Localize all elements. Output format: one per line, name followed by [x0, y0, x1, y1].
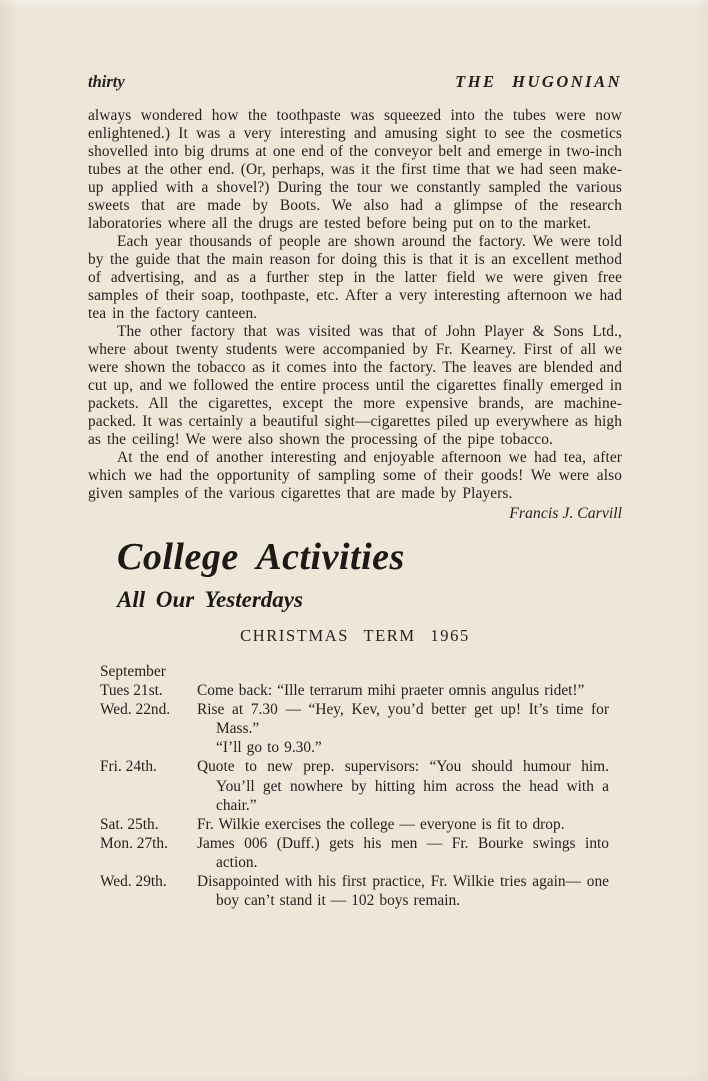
article-paragraph-4: At the end of another interesting and en… [88, 449, 622, 503]
article-paragraph-1: always wondered how the toothpaste was s… [88, 107, 622, 233]
diary-entry: Wed. 22nd. Rise at 7.30 — “Hey, Kev, you… [100, 700, 622, 757]
diary-entry-text: Rise at 7.30 — “Hey, Kev, you’d better g… [197, 700, 609, 757]
diary-entry-text: Come back: “Ille terrarum mihi praeter o… [197, 681, 609, 700]
diary-entry-date: Sat. 25th. [100, 815, 197, 834]
diary-entry-line: Fr. Wilkie exercises the college — every… [197, 815, 609, 834]
section-title: College Activities [117, 536, 622, 578]
diary-entry-date: Wed. 29th. [100, 872, 197, 891]
author-byline: Francis J. Carvill [88, 504, 622, 523]
diary-entry: Tues 21st. Come back: “Ille terrarum mih… [100, 681, 622, 700]
diary-entry-line: Come back: “Ille terrarum mihi praeter o… [197, 681, 609, 700]
journal-title: THE HUGONIAN [455, 72, 622, 92]
diary-entry-line: James 006 (Duff.) gets his men — Fr. Bou… [197, 834, 609, 872]
diary-entry: Fri. 24th. Quote to new prep. supervisor… [100, 757, 622, 814]
diary-entry-date: Fri. 24th. [100, 757, 197, 776]
article-body: always wondered how the toothpaste was s… [88, 107, 622, 523]
page-number-folio: thirty [88, 72, 125, 92]
diary-entry-text: James 006 (Duff.) gets his men — Fr. Bou… [197, 834, 609, 872]
diary-month: September [100, 662, 622, 681]
diary-entry-reply-line: “I’ll go to 9.30.” [197, 738, 609, 757]
section-subtitle: All Our Yesterdays [117, 587, 622, 613]
diary-entry: Mon. 27th. James 006 (Duff.) gets his me… [100, 834, 622, 872]
diary-entry-line: Disappointed with his first practice, Fr… [197, 872, 609, 910]
article-paragraph-2: Each year thousands of people are shown … [88, 233, 622, 323]
diary-entry-text: Quote to new prep. supervisors: “You sho… [197, 757, 609, 814]
diary-entry: Sat. 25th. Fr. Wilkie exercises the coll… [100, 815, 622, 834]
term-heading: CHRISTMAS TERM 1965 [88, 626, 622, 646]
diary-entry-date: Mon. 27th. [100, 834, 197, 853]
diary-entry-line: Rise at 7.30 — “Hey, Kev, you’d better g… [197, 700, 609, 738]
running-head: thirty THE HUGONIAN [88, 72, 622, 92]
diary-entry: Wed. 29th. Disappointed with his first p… [100, 872, 622, 910]
diary-entry-text: Disappointed with his first practice, Fr… [197, 872, 609, 910]
article-paragraph-3: The other factory that was visited was t… [88, 323, 622, 449]
scanned-magazine-page: thirty THE HUGONIAN always wondered how … [0, 0, 708, 1081]
diary-entry-line: Quote to new prep. supervisors: “You sho… [197, 757, 609, 814]
diary-list: September Tues 21st. Come back: “Ille te… [100, 662, 622, 910]
diary-entry-text: Fr. Wilkie exercises the college — every… [197, 815, 609, 834]
diary-entry-date: Wed. 22nd. [100, 700, 197, 719]
diary-entry-date: Tues 21st. [100, 681, 197, 700]
